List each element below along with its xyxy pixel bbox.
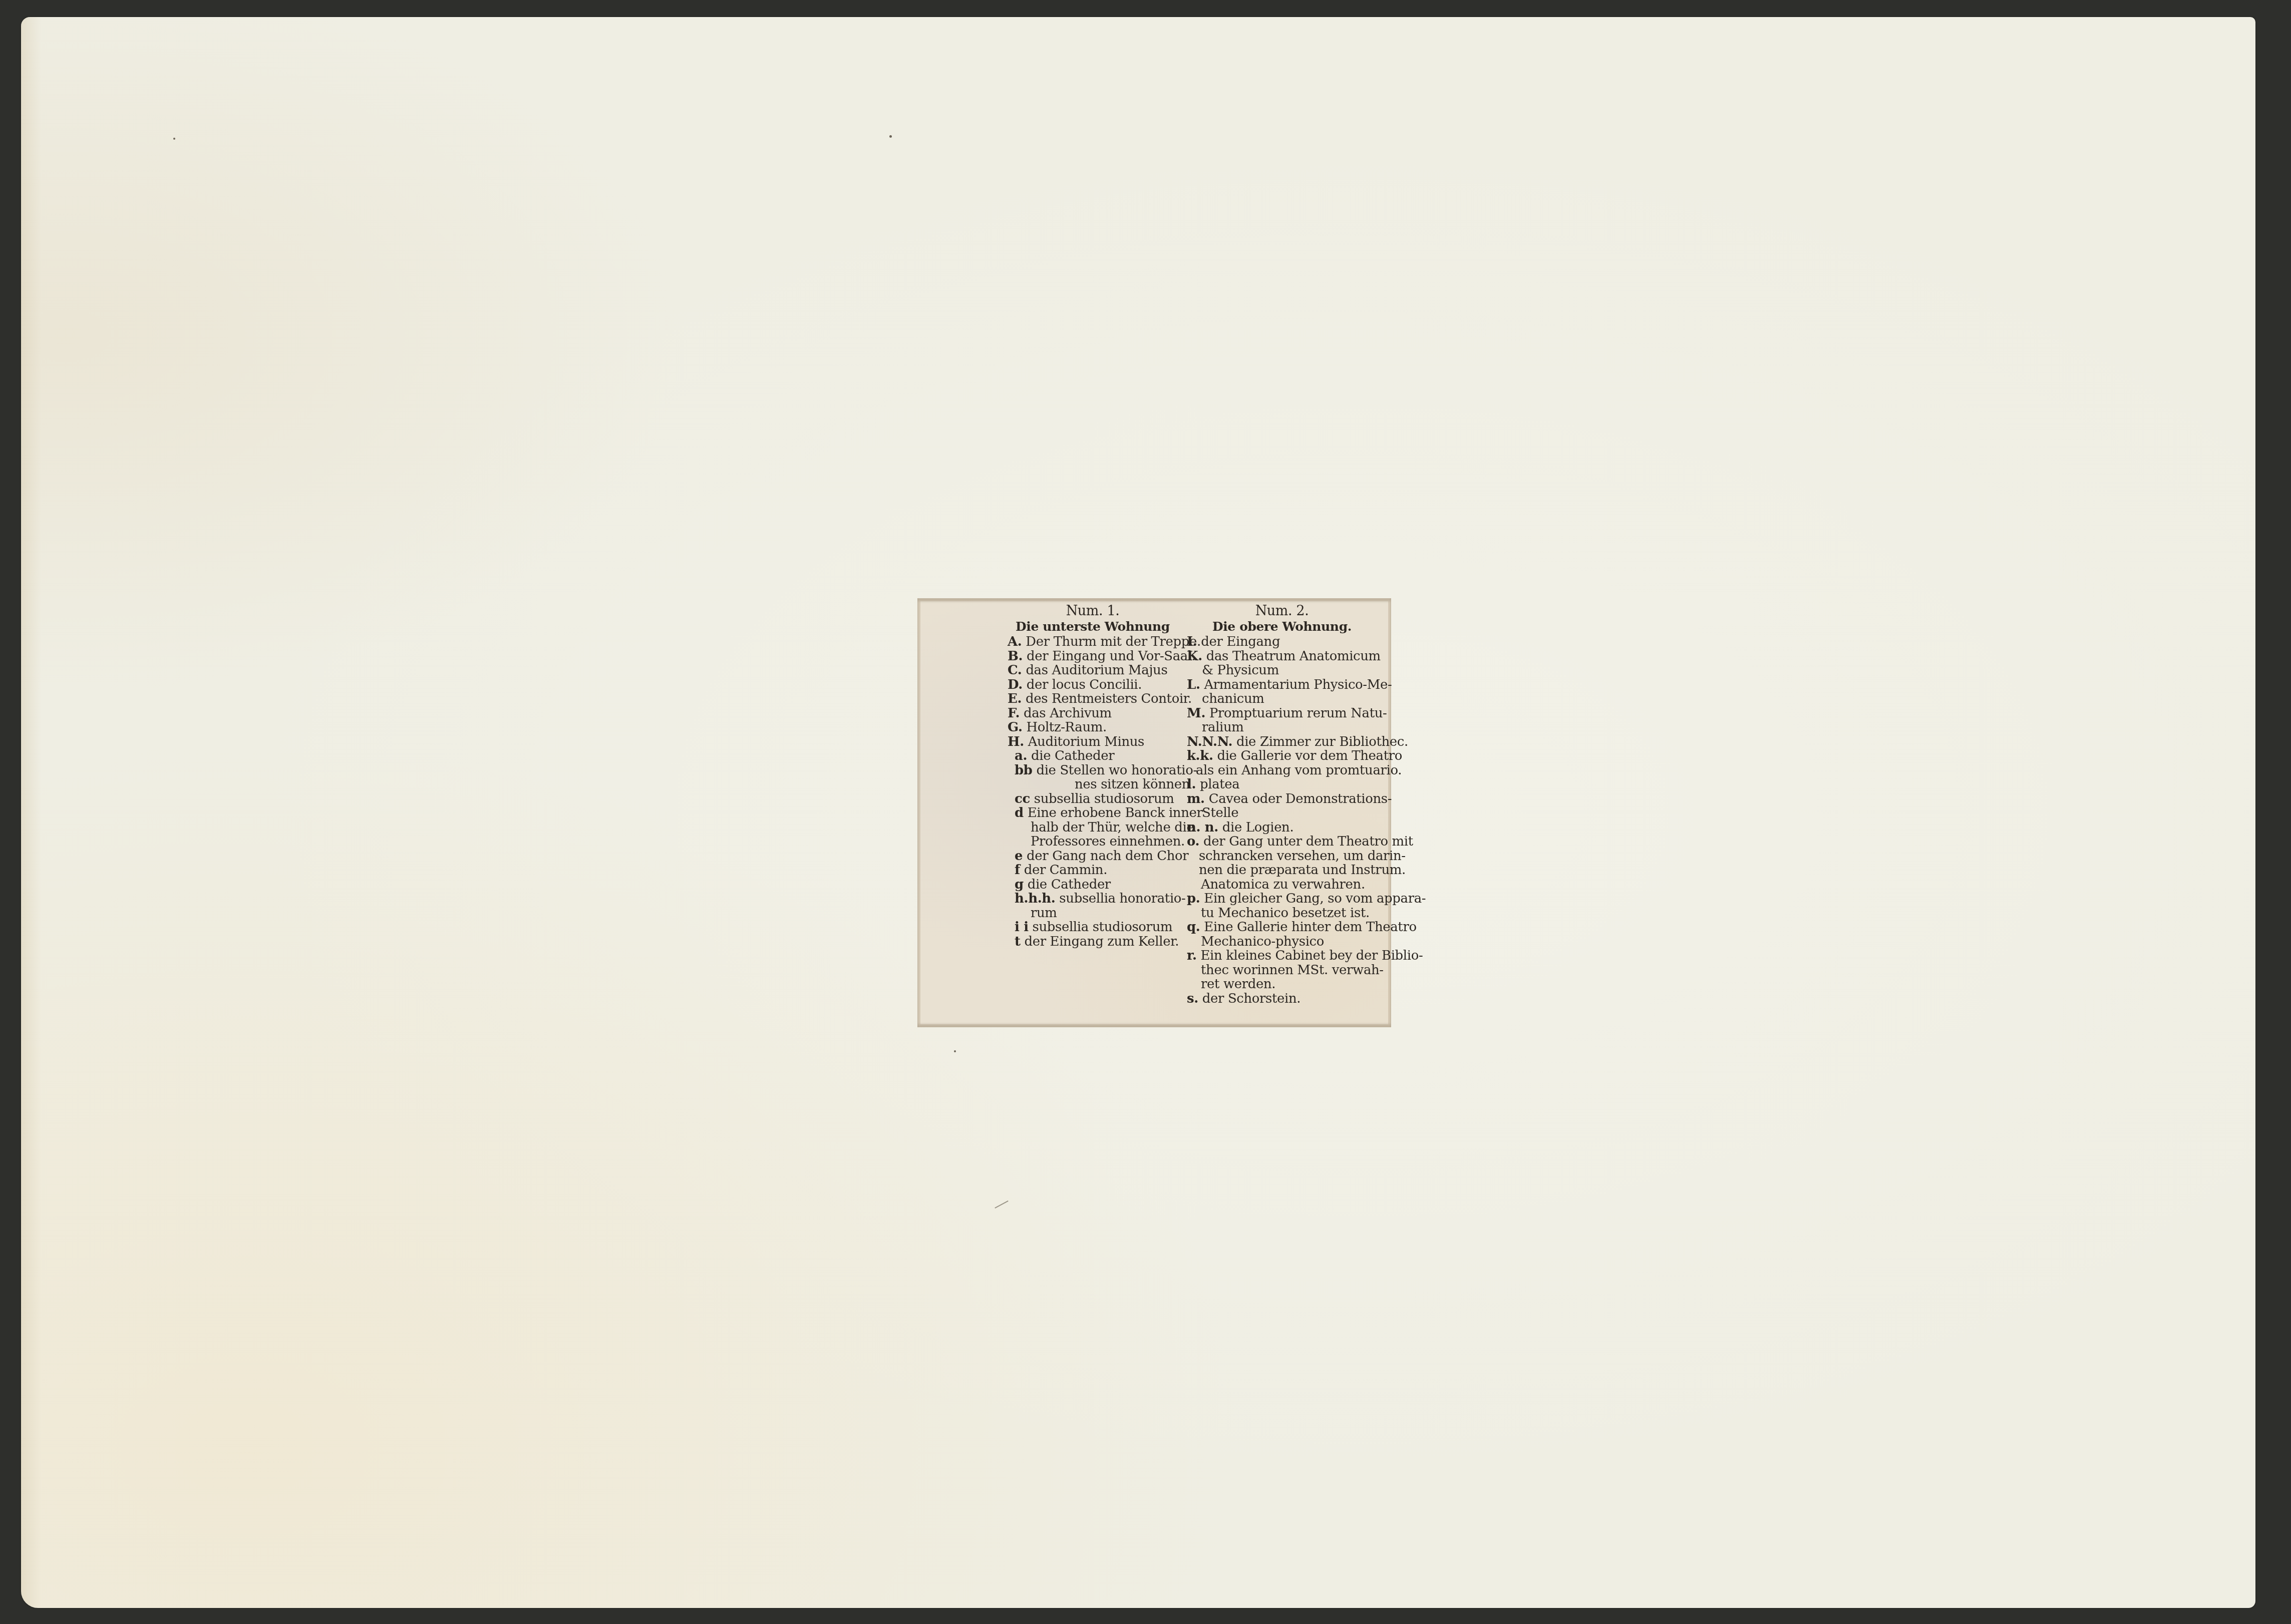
entry-text: Eine erhobene Banck inner	[1028, 805, 1203, 821]
entry-continuation: schrancken versehen, um darin-	[1187, 849, 1377, 864]
entry-text: Auditorium Minus	[1028, 734, 1144, 749]
entry-text: der Gang unter dem Theatro mit	[1203, 834, 1413, 849]
legend-entry: L. Armamentarium Physico-Me-chanicum	[1187, 678, 1377, 706]
entry-continuation: Mechanico-physico	[1187, 935, 1377, 949]
legend-entry: g die Catheder	[1008, 878, 1178, 892]
legend-entry: G. Holtz-Raum.	[1008, 720, 1178, 735]
entry-text: subsellia studiosorum	[1032, 920, 1172, 935]
entry-text: Promptuarium rerum Natu-	[1209, 706, 1387, 721]
entry-text: die Catheder	[1028, 877, 1111, 892]
entry-key: o.	[1187, 834, 1199, 849]
entry-key: e	[1015, 849, 1023, 864]
entry-key: d	[1015, 805, 1024, 821]
entry-text: der Eingang	[1201, 634, 1280, 649]
legend-entry: D. der locus Concilii.	[1008, 678, 1178, 692]
column-subheading: Die unterste Wohnung	[1008, 620, 1178, 634]
entry-text: Holtz-Raum.	[1026, 720, 1107, 735]
entry-key: D.	[1008, 677, 1023, 692]
entry-continuation: thec worinnen MSt. verwah-	[1187, 963, 1377, 978]
entry-key: s.	[1187, 991, 1198, 1006]
legend-entry: r. Ein kleines Cabinet bey der Biblio-th…	[1187, 949, 1377, 992]
entry-continuation: als ein Anhang vom promtuario.	[1187, 763, 1377, 778]
column-heading: Num. 1.	[1008, 604, 1178, 619]
legend-entry: d Eine erhobene Banck innerhalb der Thür…	[1008, 806, 1178, 849]
entry-continuation: Anatomica zu verwahren.	[1187, 878, 1377, 892]
legend-entry: bb die Stellen wo honoratio-nes sitzen k…	[1008, 763, 1178, 792]
entry-text: Ein gleicher Gang, so vom appara-	[1204, 891, 1426, 906]
entry-text: des Rentmeisters Contoir.	[1026, 691, 1192, 706]
entry-key: I.	[1187, 634, 1197, 649]
entry-continuation: tu Mechanico besetzet ist.	[1187, 906, 1377, 921]
legend-entry: s. der Schorstein.	[1187, 992, 1377, 1006]
entry-key: n. n.	[1187, 820, 1218, 835]
legend-entry: i i subsellia studiosorum	[1008, 920, 1178, 935]
legend-entry: F. das Archivum	[1008, 706, 1178, 721]
entry-continuation: nes sitzen können	[1015, 777, 1178, 792]
paper-speck	[954, 1050, 956, 1052]
legend-entry: M. Promptuarium rerum Natu-ralium	[1187, 706, 1377, 735]
legend-entry: cc subsellia studiosorum	[1008, 792, 1178, 806]
entry-key: r.	[1187, 948, 1197, 963]
entry-key: F.	[1008, 706, 1020, 721]
legend-entry: n. n. die Logien.	[1187, 821, 1377, 835]
legend-entry: A. Der Thurm mit der Treppe.	[1008, 635, 1178, 649]
entry-continuation: & Physicum	[1187, 663, 1377, 678]
legend-entry: B. der Eingang und Vor-Saal.	[1008, 649, 1178, 664]
entry-key: N.N.N.	[1187, 734, 1232, 749]
entry-key: K.	[1187, 649, 1202, 664]
entry-key: a.	[1015, 748, 1027, 763]
entry-key: k.k.	[1187, 748, 1213, 763]
entry-text: das Theatrum Anatomicum	[1206, 649, 1381, 664]
entry-text: die Catheder	[1031, 748, 1114, 763]
entry-key: B.	[1008, 649, 1023, 664]
entry-key: h.h.h.	[1015, 891, 1055, 906]
entry-continuation: Stelle	[1187, 806, 1377, 821]
entry-continuation: nen die præparata und Instrum.	[1187, 863, 1377, 878]
legend-entry: t der Eingang zum Keller.	[1008, 935, 1178, 949]
entry-continuation: chanicum	[1187, 692, 1377, 706]
legend-entry: a. die Catheder	[1008, 749, 1178, 763]
entry-continuation: ralium	[1187, 720, 1377, 735]
entry-key: l.	[1187, 777, 1196, 792]
legend-entry: l. platea	[1187, 777, 1377, 792]
legend-entry: I. der Eingang	[1187, 635, 1377, 649]
entry-text: platea	[1200, 777, 1239, 792]
entry-key: i i	[1015, 920, 1029, 935]
legend-entry: C. das Auditorium Majus	[1008, 663, 1178, 678]
entry-text: Armamentarium Physico-Me-	[1204, 677, 1392, 692]
entry-key: f	[1015, 863, 1020, 878]
legend-entry: E. des Rentmeisters Contoir.	[1008, 692, 1178, 706]
legend-entry: p. Ein gleicher Gang, so vom appara-tu M…	[1187, 892, 1377, 920]
entry-text: Cavea oder Demonstrations-	[1209, 791, 1392, 806]
entry-text: der locus Concilii.	[1027, 677, 1142, 692]
legend-entry: H. Auditorium Minus	[1008, 735, 1178, 749]
legend-slip: Num. 1. Die unterste Wohnung A. Der Thur…	[917, 598, 1391, 1027]
entry-text: Eine Gallerie hinter dem Theatro	[1204, 920, 1416, 935]
column-heading: Num. 2.	[1187, 604, 1377, 619]
entry-key: p.	[1187, 891, 1200, 906]
entry-key: g	[1015, 877, 1024, 892]
legend-entry: e der Gang nach dem Chor	[1008, 849, 1178, 864]
legend-entry: m. Cavea oder Demonstrations-Stelle	[1187, 792, 1377, 821]
entry-text: Der Thurm mit der Treppe.	[1026, 634, 1201, 649]
entry-key: C.	[1008, 663, 1022, 678]
legend-entry: K. das Theatrum Anatomicum& Physicum	[1187, 649, 1377, 678]
entry-key: t	[1015, 934, 1021, 949]
entry-text: Ein kleines Cabinet bey der Biblio-	[1200, 948, 1423, 963]
entry-key: M.	[1187, 706, 1205, 721]
entry-text: der Cammin.	[1024, 863, 1107, 878]
legend-column-num-1: Num. 1. Die unterste Wohnung A. Der Thur…	[1008, 604, 1178, 949]
entry-text: die Logien.	[1222, 820, 1294, 835]
entry-text: subsellia honoratio-	[1059, 891, 1185, 906]
legend-entry: h.h.h. subsellia honoratio-rum	[1008, 892, 1178, 920]
entry-text: das Auditorium Majus	[1026, 663, 1167, 678]
entry-continuation: ret werden.	[1187, 977, 1377, 992]
entry-key: m.	[1187, 791, 1205, 806]
entry-text: die Gallerie vor dem Theatro	[1217, 748, 1402, 763]
entry-text: der Eingang zum Keller.	[1025, 934, 1179, 949]
entry-key: E.	[1008, 691, 1022, 706]
entry-key: G.	[1008, 720, 1023, 735]
entry-key: cc	[1015, 791, 1030, 806]
entry-key: L.	[1187, 677, 1200, 692]
column-subheading: Die obere Wohnung.	[1187, 620, 1377, 634]
legend-entry: N.N.N. die Zimmer zur Bibliothec.	[1187, 735, 1377, 749]
entry-text: der Schorstein.	[1202, 991, 1300, 1006]
entry-continuation: halb der Thür, welche die	[1015, 821, 1178, 835]
legend-column-num-2: Num. 2. Die obere Wohnung. I. der Eingan…	[1187, 604, 1377, 1006]
entry-text: subsellia studiosorum	[1034, 791, 1174, 806]
paper-speck	[173, 138, 175, 140]
legend-entry: f der Cammin.	[1008, 863, 1178, 878]
entry-key: bb	[1015, 763, 1033, 778]
entry-text: das Archivum	[1024, 706, 1112, 721]
entry-continuation: Professores einnehmen.	[1015, 835, 1178, 849]
legend-entry: o. der Gang unter dem Theatro mitschranc…	[1187, 835, 1377, 892]
paper-speck	[889, 135, 892, 138]
entry-text: die Stellen wo honoratio-	[1036, 763, 1197, 778]
entry-text: der Gang nach dem Chor	[1027, 849, 1188, 864]
entry-key: q.	[1187, 920, 1200, 935]
entry-text: die Zimmer zur Bibliothec.	[1236, 734, 1408, 749]
entry-text: der Eingang und Vor-Saal.	[1027, 649, 1196, 664]
entry-key: H.	[1008, 734, 1024, 749]
entry-continuation: rum	[1015, 906, 1178, 921]
entry-key: A.	[1008, 634, 1022, 649]
legend-entry: q. Eine Gallerie hinter dem TheatroMecha…	[1187, 920, 1377, 949]
legend-entry: k.k. die Gallerie vor dem Theatroals ein…	[1187, 749, 1377, 777]
